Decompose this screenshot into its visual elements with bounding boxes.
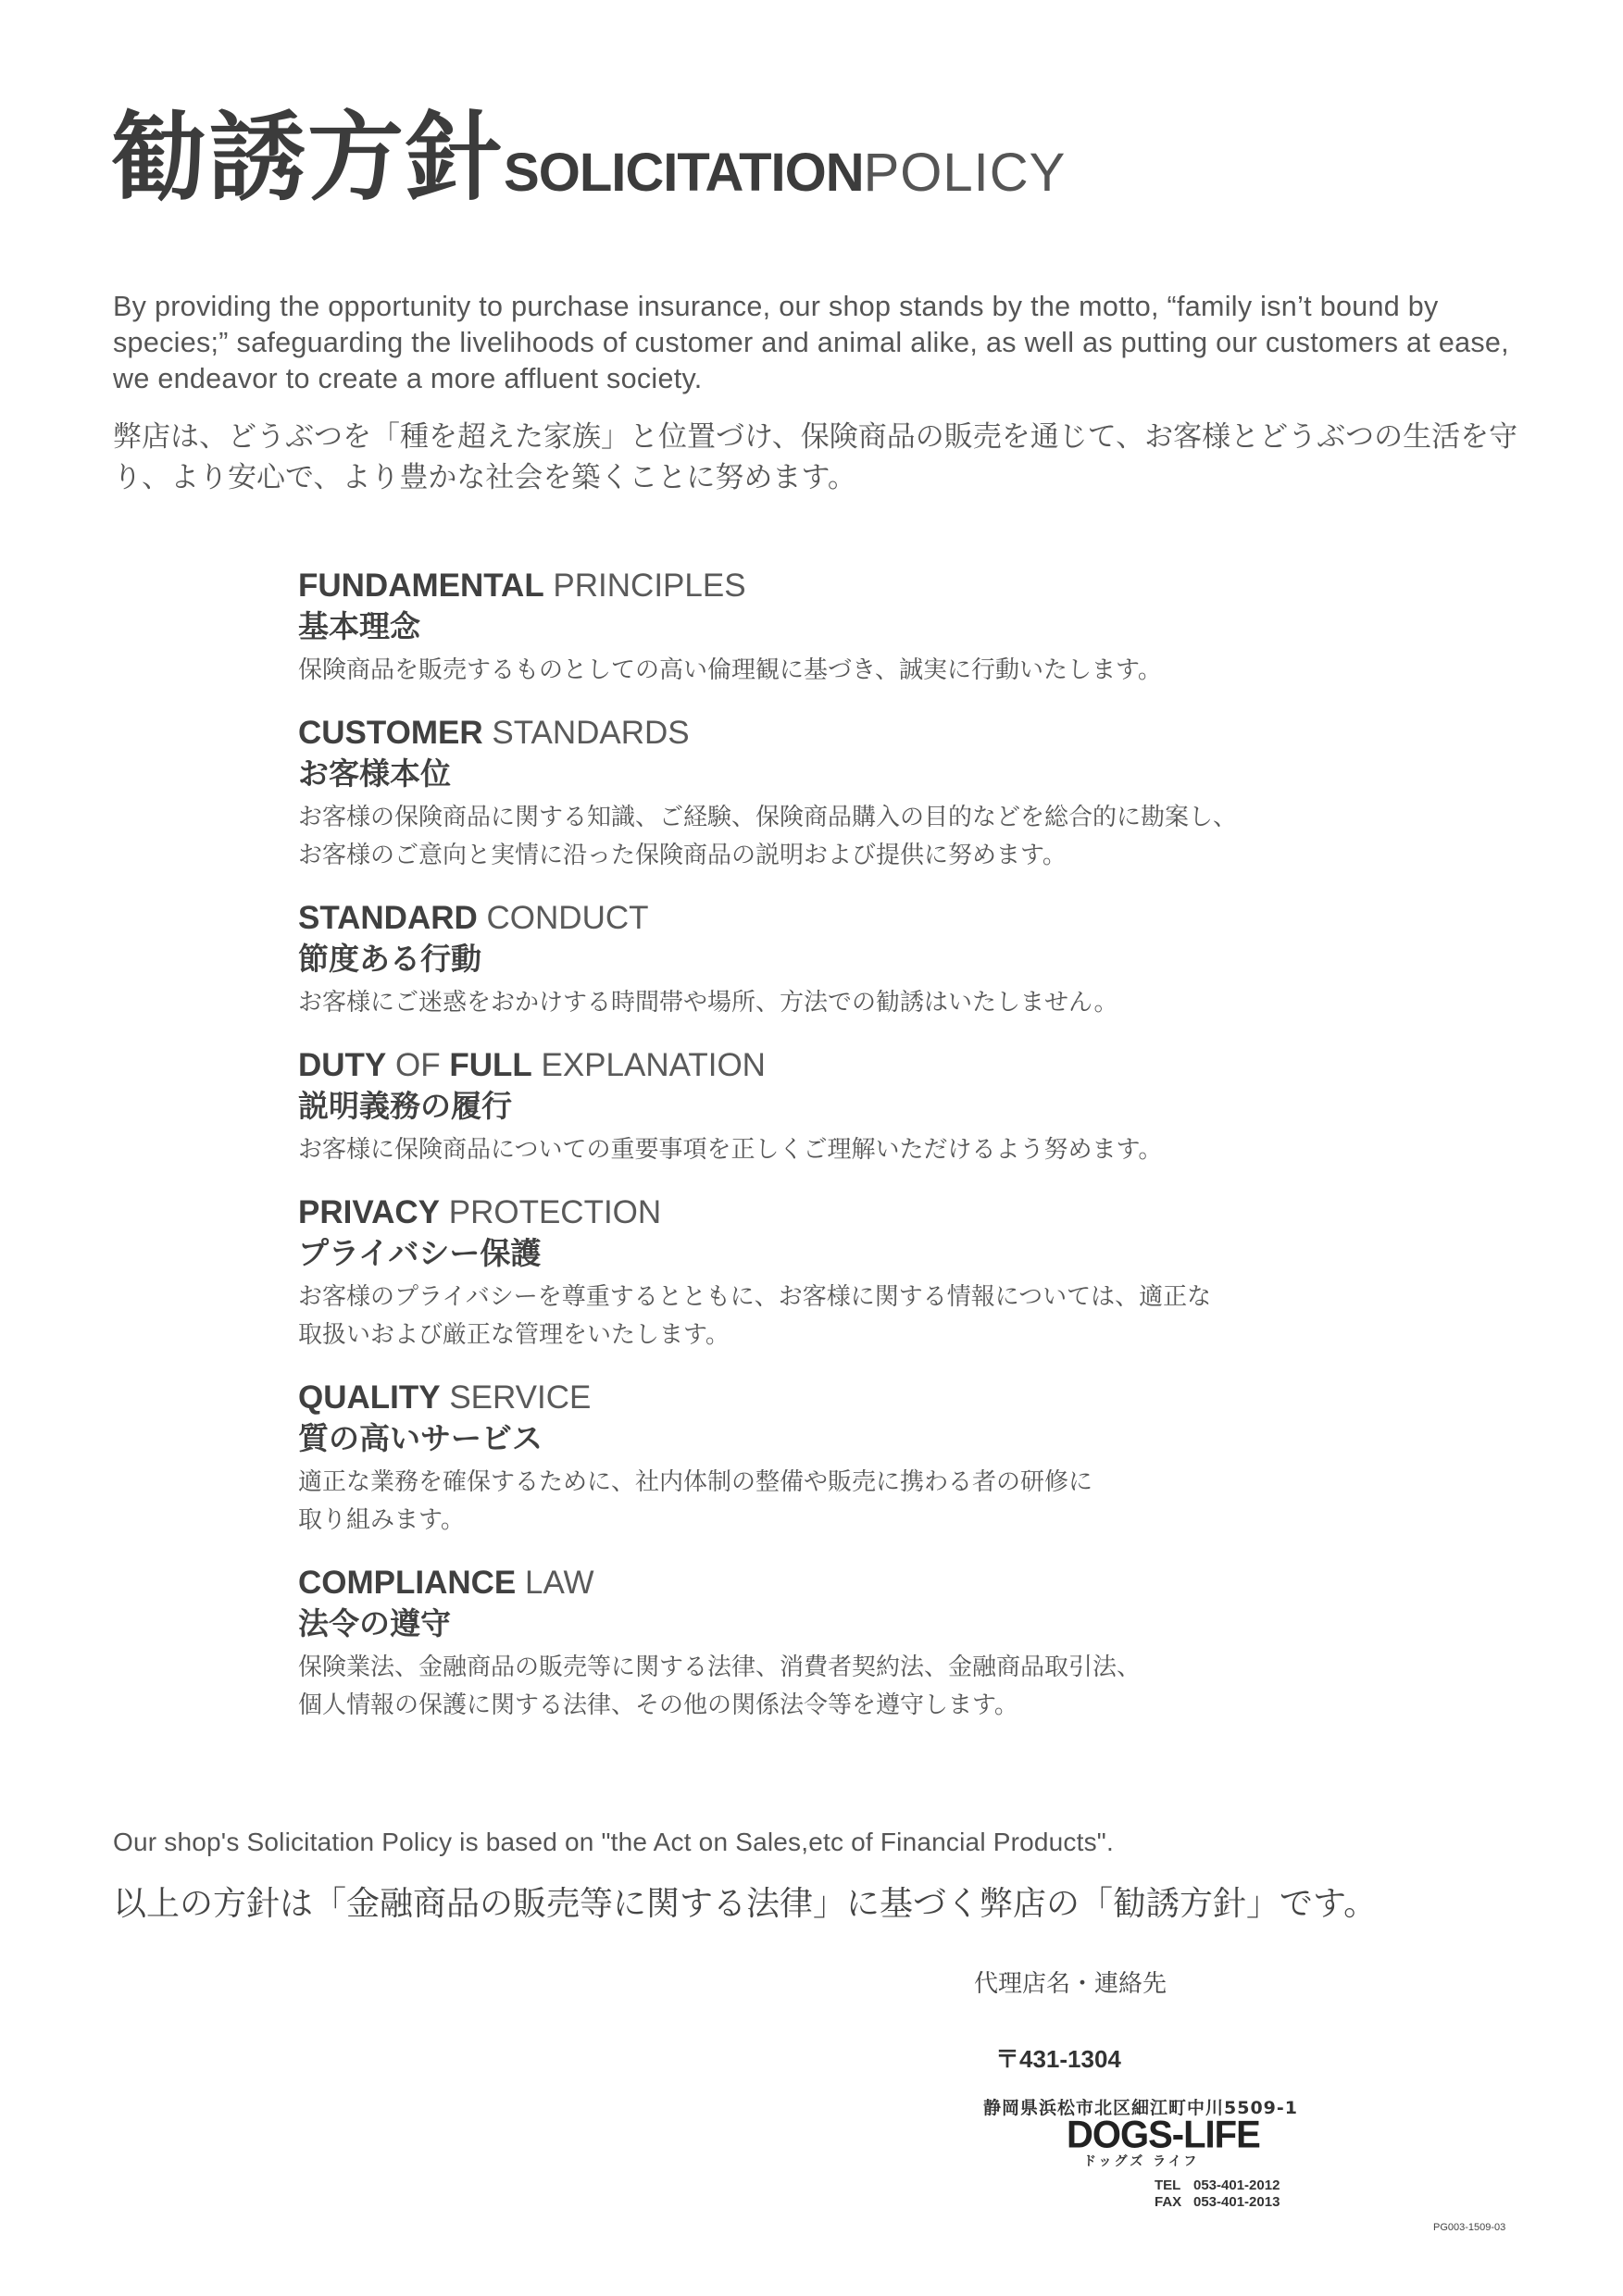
principle-body: お客様の保険商品に関する知識、ご経験、保険商品購入の目的などを総合的に勘案し、 … (298, 799, 1409, 875)
principle-body: お客様に保険商品についての重要事項を正しくご理解いただけるよう努めます。 (298, 1131, 1409, 1169)
fax-line: FAX053-401-2013 (1155, 2194, 1280, 2211)
principle-body: お客様にご迷惑をおかけする時間帯や場所、方法での勧誘はいたしません。 (298, 984, 1409, 1022)
principle-quality: QUALITY SERVICE 質の高いサービス 適正な業務を確保するために、社… (298, 1379, 1409, 1540)
shop-name-kana: ドッグズ ライフ (1083, 2152, 1199, 2170)
intro-english: By providing the opportunity to purchase… (113, 289, 1529, 397)
page-title: 勧誘方針SOLICITATIONPOLICY (111, 109, 1066, 206)
principle-jp-title: プライバシー保護 (298, 1232, 1409, 1275)
principle-fundamental: FUNDAMENTAL PRINCIPLES 基本理念 保険商品を販売するものと… (298, 567, 1409, 690)
contact-numbers: TEL053-401-2012 FAX053-401-2013 (1155, 2177, 1280, 2211)
principle-jp-title: 説明義務の履行 (298, 1085, 1409, 1128)
principle-heading: STANDARD CONDUCT (298, 899, 1409, 938)
principle-heading: QUALITY SERVICE (298, 1379, 1409, 1417)
principle-body: 適正な業務を確保するために、社内体制の整備や販売に携わる者の研修に 取り組みます… (298, 1464, 1409, 1540)
principle-conduct: STANDARD CONDUCT 節度ある行動 お客様にご迷惑をおかけする時間帯… (298, 899, 1409, 1022)
title-en-light: POLICY (864, 143, 1067, 203)
fax-number: 053-401-2013 (1193, 2194, 1280, 2210)
tel-number: 053-401-2012 (1193, 2177, 1280, 2193)
postal-code: 〒431-1304 (995, 2040, 1121, 2075)
principle-heading: COMPLIANCE LAW (298, 1564, 1409, 1603)
tel-line: TEL053-401-2012 (1155, 2177, 1280, 2194)
principle-jp-title: 基本理念 (298, 605, 1409, 648)
principle-body: 保険業法、金融商品の販売等に関する法律、消費者契約法、金融商品取引法、 個人情報… (298, 1649, 1409, 1725)
title-en-bold: SOLICITATION (504, 143, 864, 203)
principle-compliance: COMPLIANCE LAW 法令の遵守 保険業法、金融商品の販売等に関する法律… (298, 1564, 1409, 1725)
principle-customer: CUSTOMER STANDARDS お客様本位 お客様の保険商品に関する知識、… (298, 714, 1409, 875)
principle-jp-title: お客様本位 (298, 753, 1409, 795)
intro-japanese: 弊店は、どうぶつを「種を超えた家族」と位置づけ、保険商品の販売を通じて、お客様と… (113, 417, 1539, 498)
principle-explanation: DUTY OF FULL EXPLANATION 説明義務の履行 お客様に保険商… (298, 1046, 1409, 1169)
closing-japanese: 以上の方針は「金融商品の販売等に関する法律」に基づく弊店の「勧誘方針」です。 (113, 1878, 1377, 1925)
principle-heading: CUSTOMER STANDARDS (298, 714, 1409, 753)
document-code: PG003-1509-03 (1433, 2222, 1505, 2233)
principle-jp-title: 法令の遵守 (298, 1603, 1409, 1645)
title-jp: 勧誘方針 (111, 101, 504, 214)
principle-jp-title: 節度ある行動 (298, 938, 1409, 980)
principle-heading: FUNDAMENTAL PRINCIPLES (298, 567, 1409, 605)
principle-privacy: PRIVACY PROTECTION プライバシー保護 お客様のプライバシーを尊… (298, 1193, 1409, 1354)
principles-list: FUNDAMENTAL PRINCIPLES 基本理念 保険商品を販売するものと… (298, 567, 1409, 1749)
principle-heading: PRIVACY PROTECTION (298, 1193, 1409, 1232)
principle-jp-title: 質の高いサービス (298, 1417, 1409, 1460)
principle-body: お客様のプライバシーを尊重するとともに、お客様に関する情報については、適正な 取… (298, 1279, 1409, 1354)
principle-body: 保険商品を販売するものとしての高い倫理観に基づき、誠実に行動いたします。 (298, 652, 1409, 690)
agency-label: 代理店名・連絡先 (974, 1965, 1167, 1999)
closing-english: Our shop's Solicitation Policy is based … (113, 1828, 1114, 1857)
principle-heading: DUTY OF FULL EXPLANATION (298, 1046, 1409, 1085)
